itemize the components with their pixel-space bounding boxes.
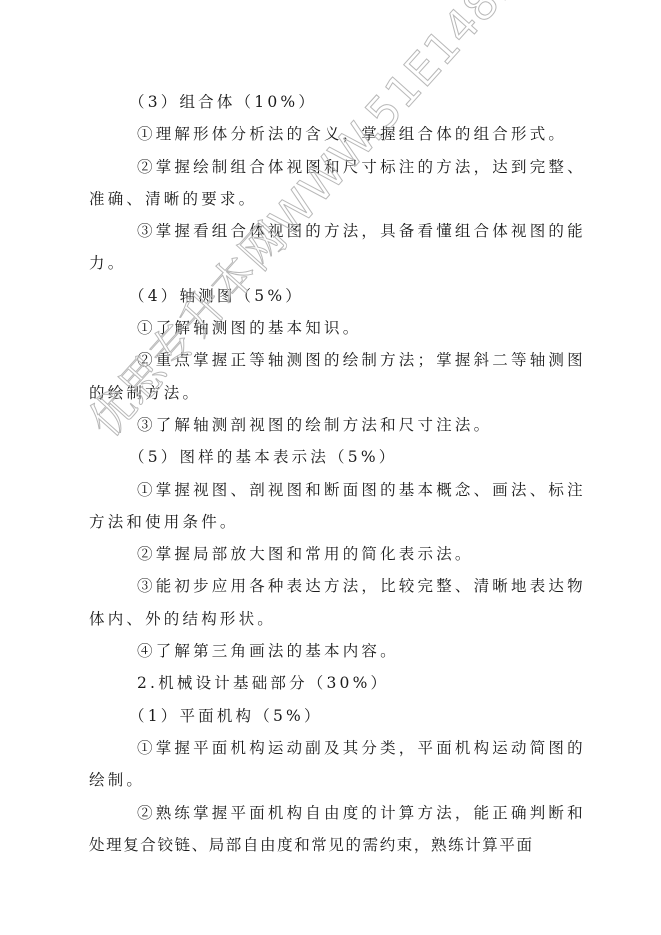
section-heading-planar-mechanism: （1）平面机构（5%） xyxy=(89,700,565,732)
paragraph-line: 体内、外的结构形状。 xyxy=(89,603,565,635)
paragraph-line: ②掌握绘制组合体视图和尺寸标注的方法，达到完整、 xyxy=(89,151,565,183)
paragraph-line: ②掌握局部放大图和常用的简化表示法。 xyxy=(89,538,565,570)
section-heading-axonometric: （4）轴测图（5%） xyxy=(89,280,565,312)
paragraph-line: 的绘制方法。 xyxy=(89,377,565,409)
section-heading-mechanical-design: 2.机械设计基础部分（30%） xyxy=(89,667,565,699)
paragraph-line: 准确、清晰的要求。 xyxy=(89,183,565,215)
paragraph-line: ①掌握平面机构运动副及其分类，平面机构运动简图的 xyxy=(89,732,565,764)
paragraph-line: ③能初步应用各种表达方法，比较完整、清晰地表达物 xyxy=(89,570,565,602)
document-body: （3）组合体（10%） ①理解形体分析法的含义，掌握组合体的组合形式。 ②掌握绘… xyxy=(89,86,565,861)
document-page: （3）组合体（10%） ①理解形体分析法的含义，掌握组合体的组合形式。 ②掌握绘… xyxy=(0,0,661,935)
paragraph-line: 方法和使用条件。 xyxy=(89,506,565,538)
paragraph-line: 力。 xyxy=(89,247,565,279)
paragraph-line: ①掌握视图、剖视图和断面图的基本概念、画法、标注 xyxy=(89,474,565,506)
paragraph-line: ③了解轴测剖视图的绘制方法和尺寸注法。 xyxy=(89,409,565,441)
paragraph-line: ①理解形体分析法的含义，掌握组合体的组合形式。 xyxy=(89,118,565,150)
paragraph-line: ②熟练掌握平面机构自由度的计算方法，能正确判断和 xyxy=(89,797,565,829)
paragraph-line: 处理复合铰链、局部自由度和常见的需约束，熟练计算平面 xyxy=(89,829,565,861)
paragraph-line: ④了解第三角画法的基本内容。 xyxy=(89,635,565,667)
paragraph-line: ②重点掌握正等轴测图的绘制方法；掌握斜二等轴测图 xyxy=(89,344,565,376)
section-heading-composite-body: （3）组合体（10%） xyxy=(89,86,565,118)
paragraph-line: ③掌握看组合体视图的方法，具备看懂组合体视图的能 xyxy=(89,215,565,247)
paragraph-line: ①了解轴测图的基本知识。 xyxy=(89,312,565,344)
section-heading-representation: （5）图样的基本表示法（5%） xyxy=(89,441,565,473)
paragraph-line: 绘制。 xyxy=(89,764,565,796)
